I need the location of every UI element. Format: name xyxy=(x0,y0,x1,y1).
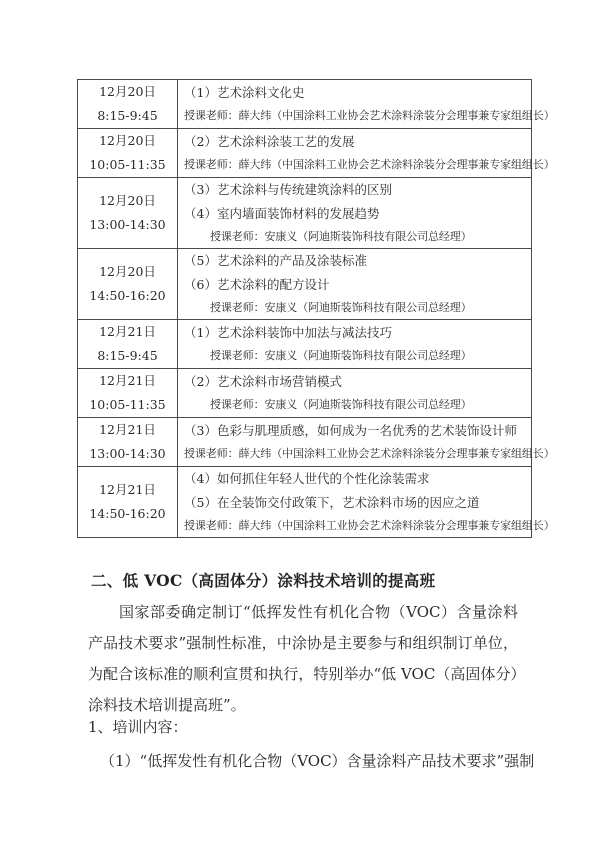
course-item: （4）室内墙面装饰材料的发展趋势 xyxy=(184,202,531,226)
session-date: 12月20日 xyxy=(78,189,177,213)
content-cell: （3）色彩与肌理质感，如何成为一名优秀的艺术装饰设计师 授课老师：薛大纬（中国涂… xyxy=(178,418,532,467)
session-date: 12月21日 xyxy=(78,320,177,344)
teacher-info: 授课老师：安康义（阿迪斯装饰科技有限公司总经理） xyxy=(184,296,531,319)
course-item: （2）艺术涂料涂装工艺的发展 xyxy=(184,130,531,154)
session-time: 10:05-11:35 xyxy=(78,393,177,417)
table-row: 12月21日 10:05-11:35 （2）艺术涂料市场营销模式 授课老师：安康… xyxy=(78,369,532,418)
date-time-cell: 12月21日 10:05-11:35 xyxy=(78,369,178,418)
session-date: 12月20日 xyxy=(78,129,177,153)
session-time: 8:15-9:45 xyxy=(78,344,177,368)
teacher-info: 授课老师：安康义（阿迪斯装饰科技有限公司总经理） xyxy=(184,393,531,416)
table-row: 12月20日 8:15-9:45 （1）艺术涂料文化史 授课老师：薛大纬（中国涂… xyxy=(78,80,532,129)
date-time-cell: 12月21日 14:50-16:20 xyxy=(78,467,178,538)
body-paragraph: 国家部委确定制订“低挥发性有机化合物（VOC）含量涂料产品技术要求”强制性标准，… xyxy=(88,597,518,721)
course-item: （3）色彩与肌理质感，如何成为一名优秀的艺术装饰设计师 xyxy=(184,419,531,443)
date-time-cell: 12月21日 8:15-9:45 xyxy=(78,320,178,369)
training-schedule-table: 12月20日 8:15-9:45 （1）艺术涂料文化史 授课老师：薛大纬（中国涂… xyxy=(77,79,532,538)
content-cell: （2）艺术涂料市场营销模式 授课老师：安康义（阿迪斯装饰科技有限公司总经理） xyxy=(178,369,532,418)
course-item: （4）如何抓住年轻人世代的个性化涂装需求 xyxy=(184,467,531,491)
content-cell: （1）艺术涂料装饰中加法与减法技巧 授课老师：安康义（阿迪斯装饰科技有限公司总经… xyxy=(178,320,532,369)
list-heading: 1、培训内容： xyxy=(88,713,188,741)
teacher-info: 授课老师：安康义（阿迪斯装饰科技有限公司总经理） xyxy=(184,225,531,248)
session-time: 14:50-16:20 xyxy=(78,284,177,308)
content-cell: （5）艺术涂料的产品及涂装标准 （6）艺术涂料的配方设计 授课老师：安康义（阿迪… xyxy=(178,249,532,320)
content-cell: （4）如何抓住年轻人世代的个性化涂装需求 （5）在全装饰交付政策下，艺术涂料市场… xyxy=(178,467,532,538)
session-time: 10:05-11:35 xyxy=(78,153,177,177)
teacher-info: 授课老师：薛大纬（中国涂料工业协会艺术涂料涂装分会理事兼专家组组长） xyxy=(184,442,531,465)
session-date: 12月21日 xyxy=(78,478,177,502)
course-item: （6）艺术涂料的配方设计 xyxy=(184,273,531,297)
session-time: 14:50-16:20 xyxy=(78,502,177,526)
section-heading: 二、低 VOC（高固体分）涂料技术培训的提高班 xyxy=(91,569,435,591)
teacher-info: 授课老师：薛大纬（中国涂料工业协会艺术涂料涂装分会理事兼专家组组长） xyxy=(184,153,531,176)
session-time: 13:00-14:30 xyxy=(78,213,177,237)
date-time-cell: 12月20日 10:05-11:35 xyxy=(78,129,178,178)
content-cell: （2）艺术涂料涂装工艺的发展 授课老师：薛大纬（中国涂料工业协会艺术涂料涂装分会… xyxy=(178,129,532,178)
session-date: 12月21日 xyxy=(78,418,177,442)
course-item: （1）艺术涂料文化史 xyxy=(184,81,531,105)
teacher-info: 授课老师：安康义（阿迪斯装饰科技有限公司总经理） xyxy=(184,344,531,367)
session-date: 12月20日 xyxy=(78,260,177,284)
content-cell: （3）艺术涂料与传统建筑涂料的区别 （4）室内墙面装饰材料的发展趋势 授课老师：… xyxy=(178,178,532,249)
list-item: （1）“低挥发性有机化合物（VOC）含量涂料产品技术要求”强制 xyxy=(100,747,534,775)
course-item: （2）艺术涂料市场营销模式 xyxy=(184,370,531,394)
table-row: 12月21日 13:00-14:30 （3）色彩与肌理质感，如何成为一名优秀的艺… xyxy=(78,418,532,467)
teacher-info: 授课老师：薛大纬（中国涂料工业协会艺术涂料涂装分会理事兼专家组组长） xyxy=(184,104,531,127)
session-time: 13:00-14:30 xyxy=(78,442,177,466)
content-cell: （1）艺术涂料文化史 授课老师：薛大纬（中国涂料工业协会艺术涂料涂装分会理事兼专… xyxy=(178,80,532,129)
table-row: 12月21日 8:15-9:45 （1）艺术涂料装饰中加法与减法技巧 授课老师：… xyxy=(78,320,532,369)
session-time: 8:15-9:45 xyxy=(78,104,177,128)
course-item: （1）艺术涂料装饰中加法与减法技巧 xyxy=(184,321,531,345)
session-date: 12月20日 xyxy=(78,80,177,104)
course-item: （5）艺术涂料的产品及涂装标准 xyxy=(184,249,531,273)
date-time-cell: 12月20日 8:15-9:45 xyxy=(78,80,178,129)
table-row: 12月20日 14:50-16:20 （5）艺术涂料的产品及涂装标准 （6）艺术… xyxy=(78,249,532,320)
table-row: 12月20日 10:05-11:35 （2）艺术涂料涂装工艺的发展 授课老师：薛… xyxy=(78,129,532,178)
course-item: （5）在全装饰交付政策下，艺术涂料市场的因应之道 xyxy=(184,491,531,515)
course-item: （3）艺术涂料与传统建筑涂料的区别 xyxy=(184,178,531,202)
date-time-cell: 12月20日 13:00-14:30 xyxy=(78,178,178,249)
teacher-info: 授课老师：薛大纬（中国涂料工业协会艺术涂料涂装分会理事兼专家组组长） xyxy=(184,514,531,537)
table-row: 12月21日 14:50-16:20 （4）如何抓住年轻人世代的个性化涂装需求 … xyxy=(78,467,532,538)
table-row: 12月20日 13:00-14:30 （3）艺术涂料与传统建筑涂料的区别 （4）… xyxy=(78,178,532,249)
session-date: 12月21日 xyxy=(78,369,177,393)
date-time-cell: 12月21日 13:00-14:30 xyxy=(78,418,178,467)
date-time-cell: 12月20日 14:50-16:20 xyxy=(78,249,178,320)
